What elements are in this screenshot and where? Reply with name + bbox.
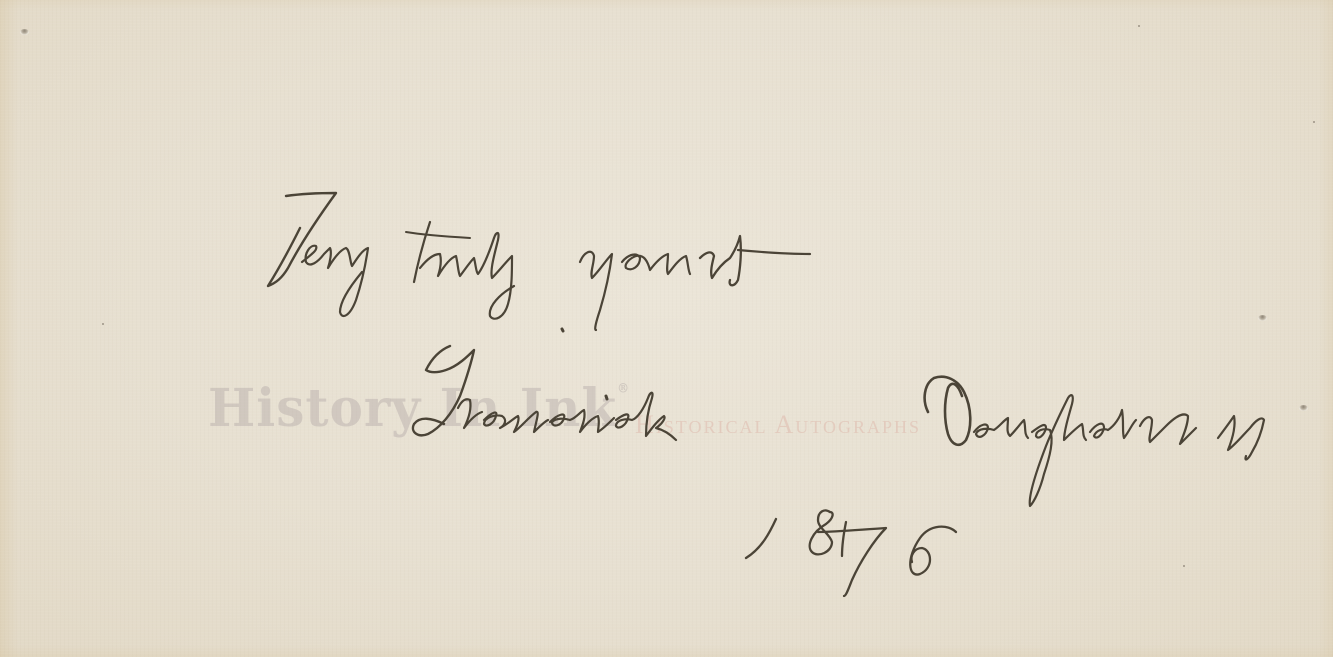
- handwriting-ink: [0, 0, 1333, 657]
- closing-line-strokes: [268, 193, 810, 331]
- year-strokes: [746, 510, 956, 596]
- autograph-card: History In Ink® Historical Autographs: [0, 0, 1333, 657]
- signature-strokes: [413, 346, 1264, 506]
